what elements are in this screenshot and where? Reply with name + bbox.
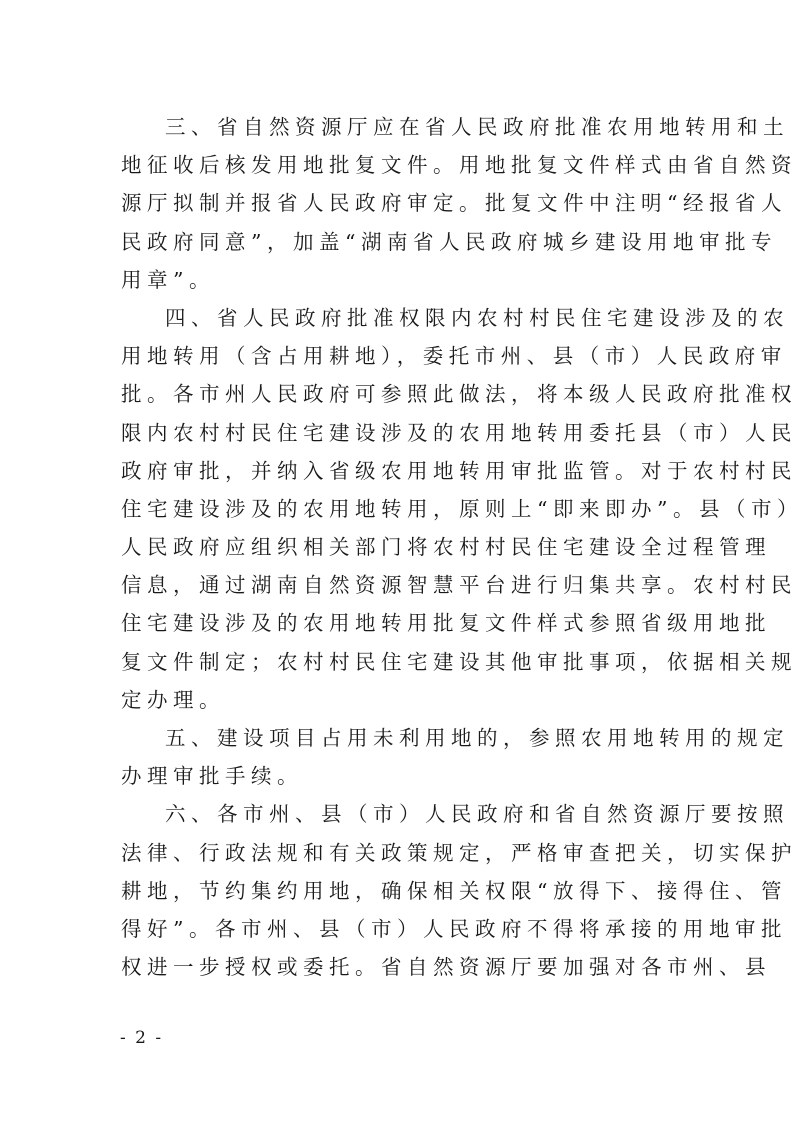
text-line: 民政府同意”，加盖“湖南省人民政府城乡建设用地审批专 — [121, 223, 669, 261]
text-line: 住宅建设涉及的农用地转用，原则上“即来即办”。县（市） — [121, 490, 669, 528]
page-number: - 2 - — [120, 1028, 163, 1048]
text-line: 批。各市州人民政府可参照此做法，将本级人民政府批准权 — [121, 375, 669, 413]
text-line: 六、各市州、县（市）人民政府和省自然资源厅要按照 — [121, 795, 669, 833]
text-line: 用章”。 — [121, 261, 669, 299]
text-line: 五、建设项目占用未利用地的，参照农用地转用的规定 — [121, 719, 669, 757]
text-line: 用地转用（含占用耕地），委托市州、县（市）人民政府审 — [121, 337, 669, 375]
text-line: 复文件制定；农村村民住宅建设其他审批事项，依据相关规 — [121, 643, 669, 681]
text-line: 政府审批，并纳入省级农用地转用审批监管。对于农村村民 — [121, 452, 669, 490]
text-line: 法律、行政法规和有关政策规定，严格审查把关，切实保护 — [121, 834, 669, 872]
text-line: 耕地，节约集约用地，确保相关权限“放得下、接得住、管 — [121, 872, 669, 910]
text-line: 源厅拟制并报省人民政府审定。批复文件中注明“经报省人 — [121, 184, 669, 222]
text-line: 四、省人民政府批准权限内农村村民住宅建设涉及的农 — [121, 299, 669, 337]
text-line: 限内农村村民住宅建设涉及的农用地转用委托县（市）人民 — [121, 414, 669, 452]
text-line: 人民政府应组织相关部门将农村村民住宅建设全过程管理 — [121, 528, 669, 566]
text-line: 权进一步授权或委托。省自然资源厅要加强对各市州、县 — [121, 948, 669, 986]
text-line: 信息，通过湖南自然资源智慧平台进行归集共享。农村村民 — [121, 566, 669, 604]
text-line: 地征收后核发用地批复文件。用地批复文件样式由省自然资 — [121, 146, 669, 184]
text-line: 办理审批手续。 — [121, 757, 669, 795]
text-line: 住宅建设涉及的农用地转用批复文件样式参照省级用地批 — [121, 604, 669, 642]
text-line: 得好”。各市州、县（市）人民政府不得将承接的用地审批 — [121, 910, 669, 948]
document-body: 三、省自然资源厅应在省人民政府批准农用地转用和土 地征收后核发用地批复文件。用地… — [121, 108, 669, 986]
text-line: 三、省自然资源厅应在省人民政府批准农用地转用和土 — [121, 108, 669, 146]
text-line: 定办理。 — [121, 681, 669, 719]
document-page: 三、省自然资源厅应在省人民政府批准农用地转用和土 地征收后核发用地批复文件。用地… — [0, 0, 800, 1132]
